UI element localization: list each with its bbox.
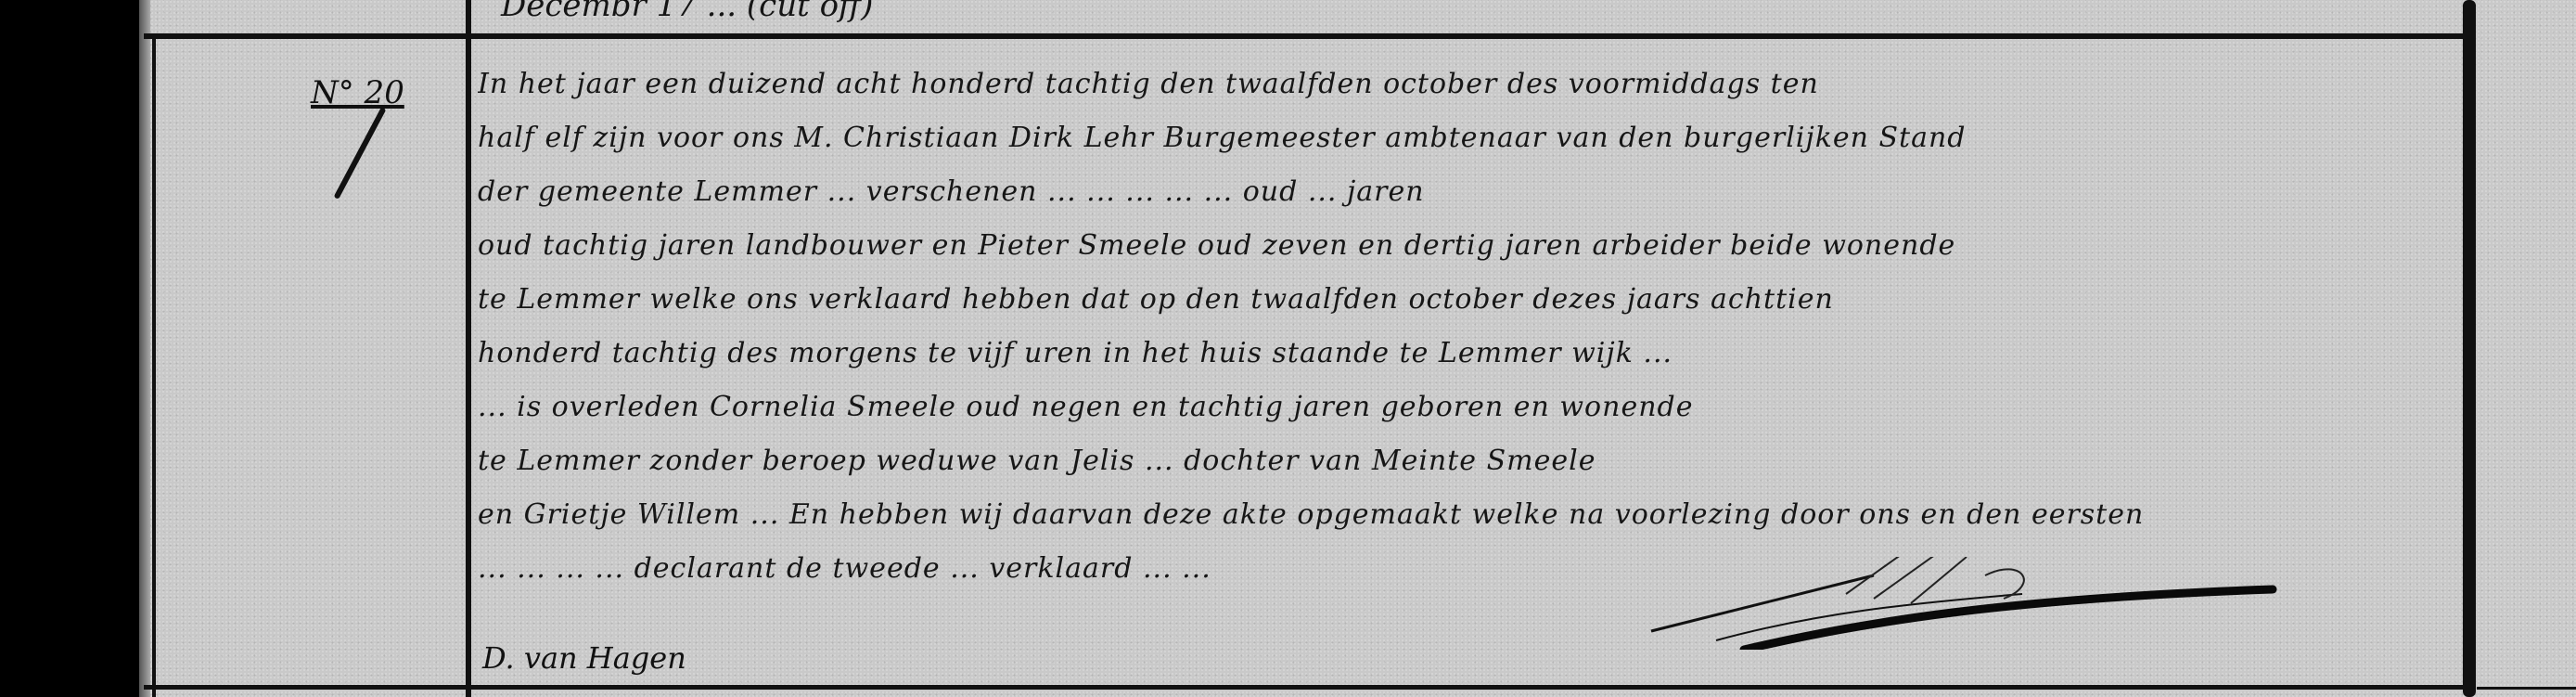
number-column-divider xyxy=(466,0,471,697)
record-line: honderd tachtig des morgens te vijf uren… xyxy=(478,327,2463,381)
right-column-divider xyxy=(2463,0,2476,697)
previous-entry-fragment: Decembr 17 ... (cut off) xyxy=(501,0,873,24)
record-line: der gemeente Lemmer ... verschenen ... .… xyxy=(478,165,2463,219)
record-line: te Lemmer zonder beroep weduwe van Jelis… xyxy=(478,434,2463,488)
left-margin-rule xyxy=(152,33,156,697)
record-line: te Lemmer welke ons verklaard hebben dat… xyxy=(478,273,2463,327)
bottom-row-divider xyxy=(144,685,2467,690)
record-line: en Grietje Willem ... En hebben wij daar… xyxy=(478,488,2463,542)
signature-icon xyxy=(1633,557,2282,650)
right-column-bottom-rule xyxy=(2477,687,2576,690)
page-binding-edge xyxy=(139,0,150,697)
entry-number: N° 20 xyxy=(311,74,404,111)
record-line: half elf zijn voor ons M. Christiaan Dir… xyxy=(478,111,2463,165)
record-line: oud tachtig jaren landbouwer en Pieter S… xyxy=(478,219,2463,273)
record-line: In het jaar een duizend acht honderd tac… xyxy=(478,58,2463,111)
record-body: In het jaar een duizend acht honderd tac… xyxy=(478,58,2463,596)
registrar-name: D. van Hagen xyxy=(482,640,686,676)
top-row-divider xyxy=(144,33,2467,39)
entry-number-text: N° 20 xyxy=(311,74,404,111)
record-line: ... is overleden Cornelia Smeele oud neg… xyxy=(478,381,2463,434)
